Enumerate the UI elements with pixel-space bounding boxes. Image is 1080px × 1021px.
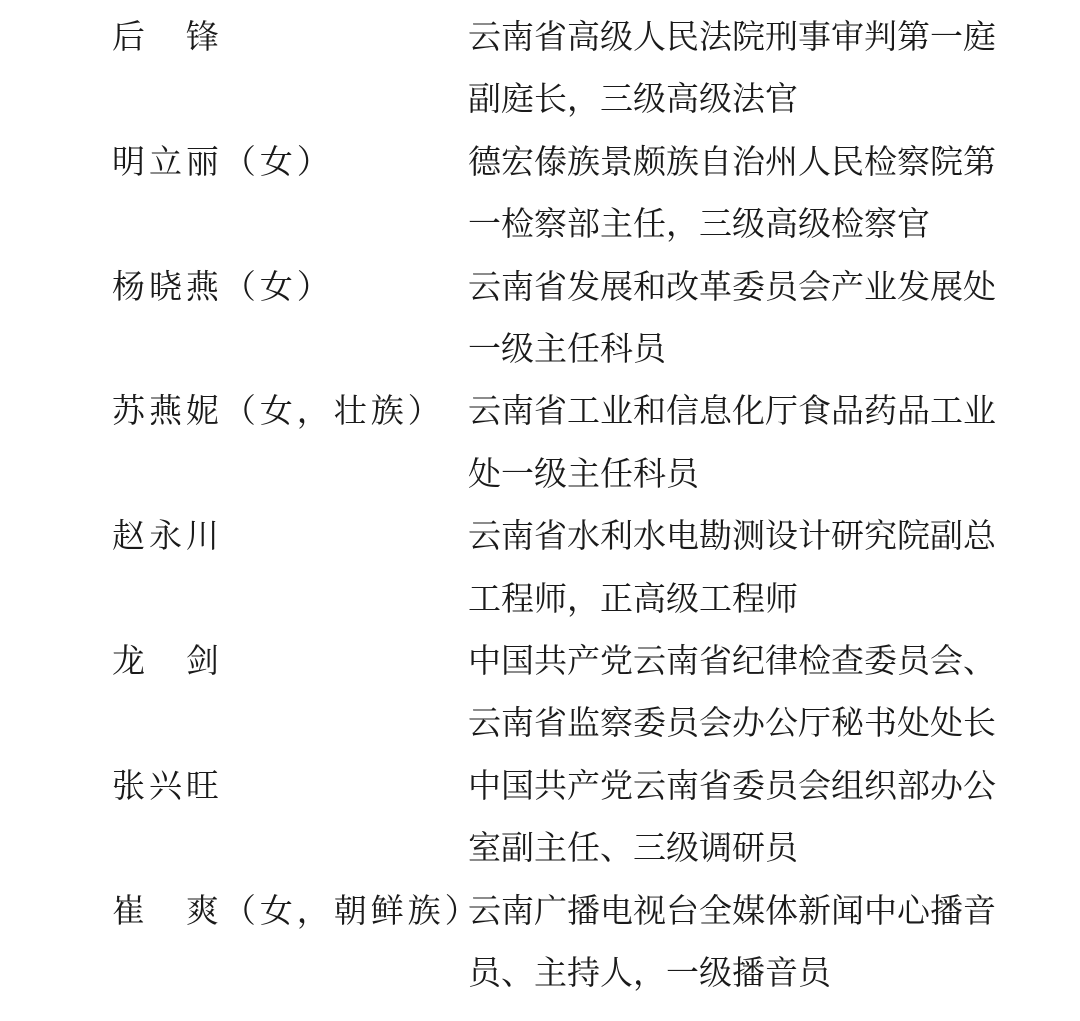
recipient-name: 赵永川	[112, 506, 468, 568]
recipient-title-line: 一检察部主任，三级高级检察官	[468, 194, 1028, 256]
recipient-title-line: 室副主任、三级调研员	[468, 818, 1028, 880]
recipient-title-line: 云南省监察委员会办公厅秘书处处长	[468, 693, 1028, 755]
recipient-title-line: 处一级主任科员	[468, 444, 1028, 506]
award-list-item: 后 锋 云南省高级人民法院刑事审判第一庭 副庭长，三级高级法官	[0, 7, 1080, 132]
recipient-title-line: 云南省发展和改革委员会产业发展处	[468, 257, 1028, 319]
recipient-name: 崔 爽（女，朝鲜族）	[112, 881, 468, 943]
recipient-title-line: 中国共产党云南省纪律检查委员会、	[468, 631, 1028, 693]
recipient-name: 龙 剑	[112, 631, 468, 693]
recipient-title: 德宏傣族景颇族自治州人民检察院第 一检察部主任，三级高级检察官	[468, 132, 1028, 257]
award-list-item: 苏燕妮（女，壮族） 云南省工业和信息化厅食品药品工业 处一级主任科员	[0, 381, 1080, 506]
recipient-name: 苏燕妮（女，壮族）	[112, 381, 468, 443]
recipient-name: 明立丽（女）	[112, 132, 468, 194]
recipient-title-line: 云南省工业和信息化厅食品药品工业	[468, 381, 1028, 443]
recipient-title: 云南省水利水电勘测设计研究院副总 工程师，正高级工程师	[468, 506, 1028, 631]
recipient-name: 后 锋	[112, 7, 468, 69]
recipient-title: 中国共产党云南省纪律检查委员会、 云南省监察委员会办公厅秘书处处长	[468, 631, 1028, 756]
recipient-title-line: 云南广播电视台全媒体新闻中心播音	[468, 881, 1028, 943]
recipient-title-line: 副庭长，三级高级法官	[468, 69, 1028, 131]
recipient-title-line: 员、主持人，一级播音员	[468, 943, 1028, 1005]
recipient-title-line: 云南省水利水电勘测设计研究院副总	[468, 506, 1028, 568]
award-list-item: 龙 剑 中国共产党云南省纪律检查委员会、 云南省监察委员会办公厅秘书处处长	[0, 631, 1080, 756]
award-list-item: 明立丽（女） 德宏傣族景颇族自治州人民检察院第 一检察部主任，三级高级检察官	[0, 132, 1080, 257]
award-list-item: 张兴旺 中国共产党云南省委员会组织部办公 室副主任、三级调研员	[0, 756, 1080, 881]
recipient-title: 中国共产党云南省委员会组织部办公 室副主任、三级调研员	[468, 756, 1028, 881]
recipient-name: 张兴旺	[112, 756, 468, 818]
recipient-title-line: 云南省高级人民法院刑事审判第一庭	[468, 7, 1028, 69]
recipient-name: 杨晓燕（女）	[112, 257, 468, 319]
recipient-title-line: 工程师，正高级工程师	[468, 569, 1028, 631]
document-page: 后 锋 云南省高级人民法院刑事审判第一庭 副庭长，三级高级法官 明立丽（女） 德…	[0, 0, 1080, 1021]
recipient-title: 云南省高级人民法院刑事审判第一庭 副庭长，三级高级法官	[468, 7, 1028, 132]
recipient-title: 云南省发展和改革委员会产业发展处 一级主任科员	[468, 257, 1028, 382]
award-list-item: 赵永川 云南省水利水电勘测设计研究院副总 工程师，正高级工程师	[0, 506, 1080, 631]
recipient-title: 云南广播电视台全媒体新闻中心播音 员、主持人，一级播音员	[468, 881, 1028, 1006]
recipient-title-line: 德宏傣族景颇族自治州人民检察院第	[468, 132, 1028, 194]
award-list-item: 崔 爽（女，朝鲜族） 云南广播电视台全媒体新闻中心播音 员、主持人，一级播音员	[0, 881, 1080, 1006]
recipient-title: 云南省工业和信息化厅食品药品工业 处一级主任科员	[468, 381, 1028, 506]
award-list-item: 杨晓燕（女） 云南省发展和改革委员会产业发展处 一级主任科员	[0, 257, 1080, 382]
recipient-title-line: 一级主任科员	[468, 319, 1028, 381]
recipient-title-line: 中国共产党云南省委员会组织部办公	[468, 756, 1028, 818]
